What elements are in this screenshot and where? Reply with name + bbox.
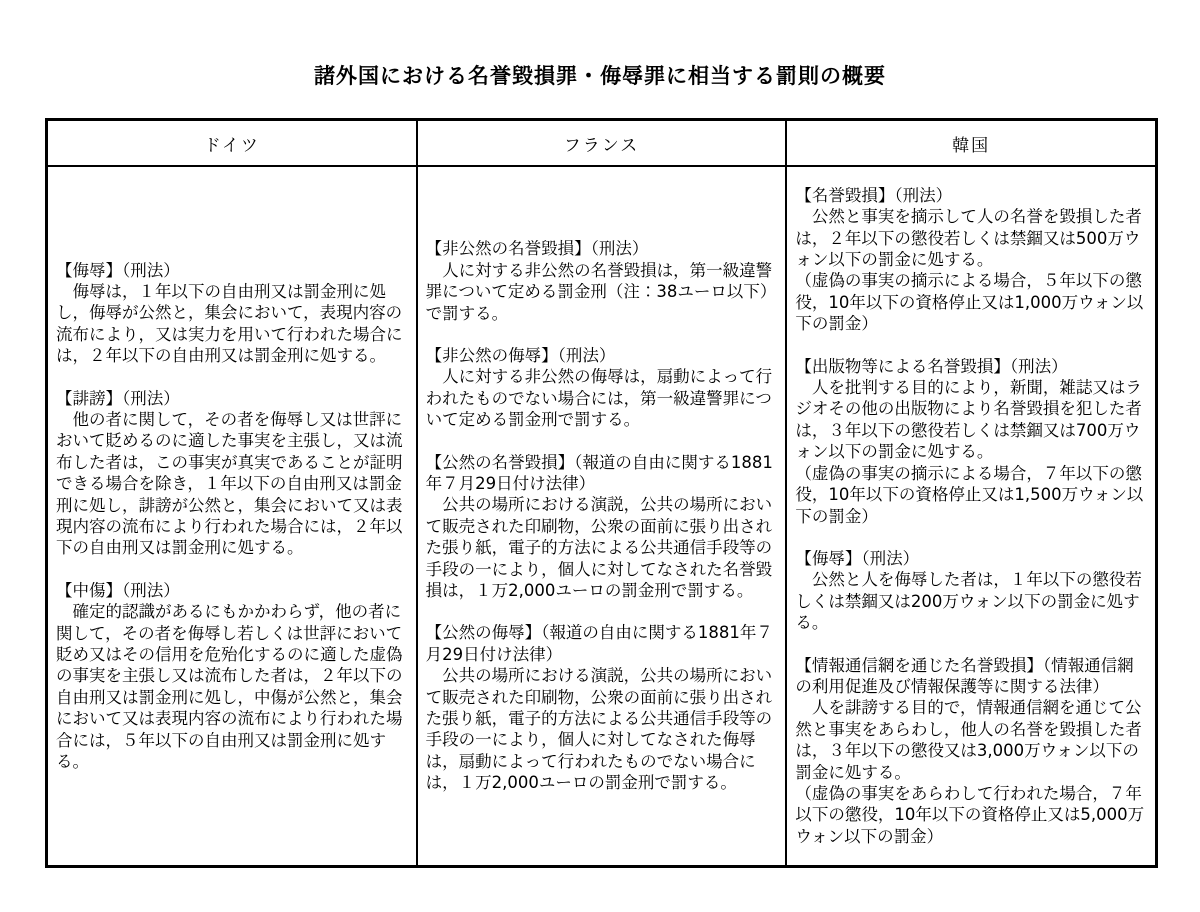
section-korea-network-defamation: 【情報通信網を通じた名誉毀損】（情報通信網の利用促進及び情報保護等に関する法律）… xyxy=(795,655,1147,848)
section-germany-defamation: 【中傷】（刑法） 確定的認識があるにもかかわらず，他の者に関して，その者を侮辱し… xyxy=(56,580,408,773)
section-heading: 【中傷】（刑法） xyxy=(56,580,408,601)
column-header-france: フランス xyxy=(418,121,788,165)
section-heading: 【出版物等による名誉毀損】（刑法） xyxy=(795,356,1147,377)
section-france-nonpublic-defamation: 【非公然の名誉毀損】（刑法） 人に対する非公然の名誉毀損は，第一級違警罪について… xyxy=(426,238,778,324)
section-body: 確定的認識があるにもかかわらず，他の者に関して，その者を侮辱し若しくは世評におい… xyxy=(56,601,408,772)
section-heading: 【誹謗】（刑法） xyxy=(56,388,408,409)
section-heading: 【侮辱】（刑法） xyxy=(795,548,1147,569)
section-body: 公共の場所における演説，公共の場所において販売された印刷物，公衆の面前に張り出さ… xyxy=(426,665,778,793)
section-body: 侮辱は，１年以下の自由刑又は罰金刑に処し，侮辱が公然と，集会において，表現内容の… xyxy=(56,281,408,367)
section-body: 公然と人を侮辱した者は，１年以下の懲役若しくは禁錮又は200万ウォン以下の罰金に… xyxy=(795,569,1147,633)
section-body: 人を誹謗する目的で，情報通信網を通じて公然と事実をあらわし，他人の名誉を毀損した… xyxy=(795,697,1147,847)
section-heading: 【侮辱】（刑法） xyxy=(56,260,408,281)
column-germany: 【侮辱】（刑法） 侮辱は，１年以下の自由刑又は罰金刑に処し，侮辱が公然と，集会に… xyxy=(48,167,418,865)
section-korea-insult: 【侮辱】（刑法） 公然と人を侮辱した者は，１年以下の懲役若しくは禁錮又は200万… xyxy=(795,548,1147,634)
column-header-germany: ドイツ xyxy=(48,121,418,165)
section-france-public-insult: 【公然の侮辱】（報道の自由に関する1881年７月29日付け法律） 公共の場所にお… xyxy=(426,622,778,793)
section-germany-slander: 【誹謗】（刑法） 他の者に関して，その者を侮辱し又は世評において貶めるのに適した… xyxy=(56,388,408,559)
section-france-public-defamation: 【公然の名誉毀損】（報道の自由に関する1881年７月29日付け法律） 公共の場所… xyxy=(426,452,778,602)
section-heading: 【情報通信網を通じた名誉毀損】（情報通信網の利用促進及び情報保護等に関する法律） xyxy=(795,655,1147,698)
section-body: 公共の場所における演説，公共の場所において販売された印刷物，公衆の面前に張り出さ… xyxy=(426,494,778,601)
table-body-row: 【侮辱】（刑法） 侮辱は，１年以下の自由刑又は罰金刑に処し，侮辱が公然と，集会に… xyxy=(48,167,1155,865)
column-korea: 【名誉毀損】（刑法） 公然と事実を摘示して人の名誉を毀損した者は，２年以下の懲役… xyxy=(787,167,1155,865)
section-korea-defamation: 【名誉毀損】（刑法） 公然と事実を摘示して人の名誉を毀損した者は，２年以下の懲役… xyxy=(795,185,1147,335)
section-heading: 【公然の名誉毀損】（報道の自由に関する1881年７月29日付け法律） xyxy=(426,452,778,495)
comparison-table: ドイツ フランス 韓国 【侮辱】（刑法） 侮辱は，１年以下の自由刑又は罰金刑に処… xyxy=(45,118,1158,868)
column-france: 【非公然の名誉毀損】（刑法） 人に対する非公然の名誉毀損は，第一級違警罪について… xyxy=(418,167,788,865)
section-france-nonpublic-insult: 【非公然の侮辱】（刑法） 人に対する非公然の侮辱は，扇動によって行われたものでな… xyxy=(426,345,778,431)
section-body: 人に対する非公然の名誉毀損は，第一級違警罪について定める罰金刑（注：38ユーロ以… xyxy=(426,260,778,324)
section-korea-publication-defamation: 【出版物等による名誉毀損】（刑法） 人を批判する目的により，新聞，雑誌又はラジオ… xyxy=(795,356,1147,527)
document-title: 諸外国における名誉毀損罪・侮辱罪に相当する罰則の概要 xyxy=(0,60,1200,90)
section-germany-insult: 【侮辱】（刑法） 侮辱は，１年以下の自由刑又は罰金刑に処し，侮辱が公然と，集会に… xyxy=(56,260,408,367)
table-header-row: ドイツ フランス 韓国 xyxy=(48,121,1155,167)
section-body: 公然と事実を摘示して人の名誉を毀損した者は，２年以下の懲役若しくは禁錮又は500… xyxy=(795,206,1147,334)
section-body: 人を批判する目的により，新聞，雑誌又はラジオその他の出版物により名誉毀損を犯した… xyxy=(795,377,1147,527)
column-header-korea: 韓国 xyxy=(787,121,1155,165)
section-heading: 【名誉毀損】（刑法） xyxy=(795,185,1147,206)
section-heading: 【非公然の名誉毀損】（刑法） xyxy=(426,238,778,259)
section-heading: 【非公然の侮辱】（刑法） xyxy=(426,345,778,366)
section-heading: 【公然の侮辱】（報道の自由に関する1881年７月29日付け法律） xyxy=(426,622,778,665)
section-body: 他の者に関して，その者を侮辱し又は世評において貶めるのに適した事実を主張し，又は… xyxy=(56,409,408,559)
section-body: 人に対する非公然の侮辱は，扇動によって行われたものでない場合には，第一級違警罪に… xyxy=(426,366,778,430)
